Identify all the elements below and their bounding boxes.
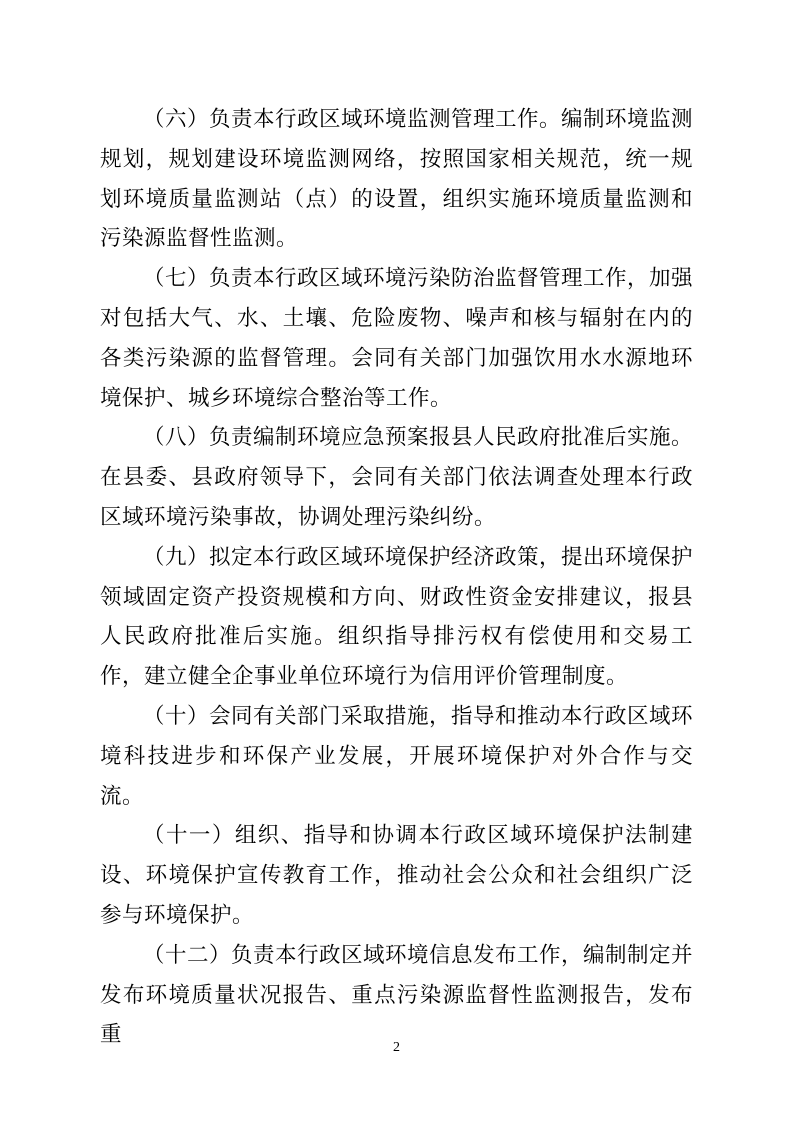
paragraph-item-7: （七）负责本行政区域环境污染防治监督管理工作，加强对包括大气、水、土壤、危险废物… [100, 259, 693, 418]
page-footer: 2 [0, 1038, 793, 1056]
page-number: 2 [393, 1040, 400, 1055]
paragraph-item-8: （八）负责编制环境应急预案报县人民政府批准后实施。在县委、县政府领导下，会同有关… [100, 418, 693, 537]
paragraph-item-9: （九）拟定本行政区域环境保护经济政策，提出环境保护领域固定资产投资规模和方向、财… [100, 538, 693, 697]
paragraph-item-10: （十）会同有关部门采取措施，指导和推动本行政区域环境科技进步和环保产业发展，开展… [100, 697, 693, 816]
paragraph-item-11: （十一）组织、指导和协调本行政区域环境保护法制建设、环境保护宣传教育工作，推动社… [100, 816, 693, 935]
paragraph-item-6: （六）负责本行政区域环境监测管理工作。编制环境监测规划，规划建设环境监测网络，按… [100, 100, 693, 259]
document-body: （六）负责本行政区域环境监测管理工作。编制环境监测规划，规划建设环境监测网络，按… [100, 100, 693, 1055]
document-page: （六）负责本行政区域环境监测管理工作。编制环境监测规划，规划建设环境监测网络，按… [0, 0, 793, 1122]
